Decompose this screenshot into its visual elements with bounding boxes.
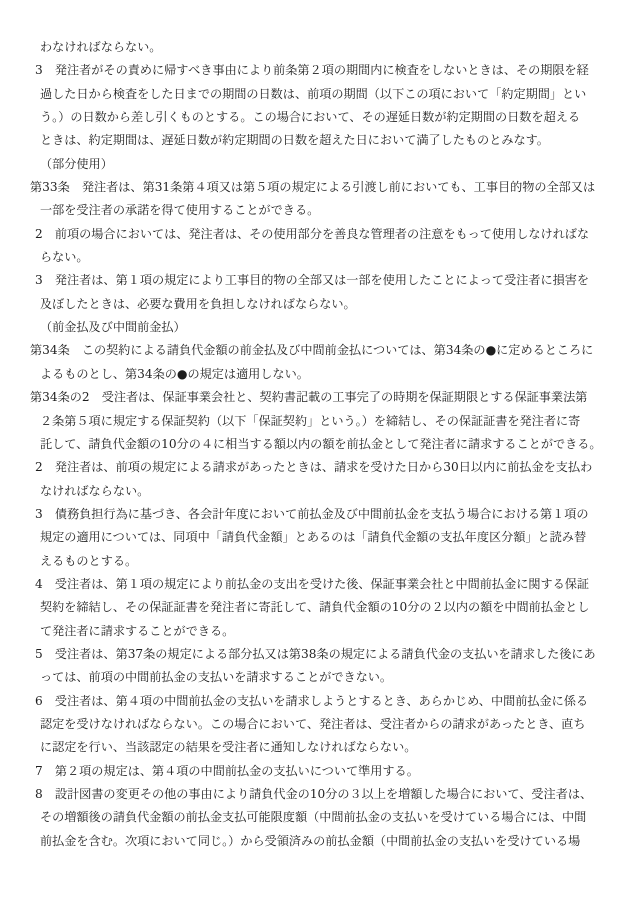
contract-document-page: わなければならない。3 発注者がその責めに帰すべき事由により前条第２項の期間内に… [0,0,630,903]
document-line: えるものとする。 [40,550,602,573]
document-line: 3 発注者がその責めに帰すべき事由により前条第２項の期間内に検査をしないときは、… [35,59,602,82]
document-line: っては、前項の中間前払金の支払いを請求することができない。 [40,666,602,689]
document-line: ２条第５項に規定する保証契約（以下「保証契約」という。）を締結し、その保証証書を… [40,410,602,433]
section-heading: （前金払及び中間前金払） [40,316,602,339]
article-line: 第34条 この契約による請負代金額の前金払及び中間前金払については、第34条の●… [30,339,602,362]
document-line: う。）の日数から差し引くものとする。この場合において、その遅延日数が約定期間の日… [40,106,602,129]
document-line: 7 第２項の規定は、第４項の中間前払金の支払いについて準用する。 [35,760,602,783]
document-line: ときは、約定期間は、遅延日数が約定期間の日数を超えた日において満了したものとみな… [40,129,602,152]
document-line: 前払金を含む。次項において同じ。）から受領済みの前払金額（中間前払金の支払いを受… [40,830,602,853]
document-line: 8 設計図書の変更その他の事由により請負代金の10分の３以上を増額した場合におい… [35,783,602,806]
document-line: 4 受注者は、第１項の規定により前払金の支出を受けた後、保証事業会社と中間前払金… [35,573,602,596]
document-line: 3 債務負担行為に基づき、各会計年度において前払金及び中間前払金を支払う場合にお… [35,503,602,526]
document-line: よるものとし、第34条の●の規定は適用しない。 [40,363,602,386]
section-heading: （部分使用） [40,153,602,176]
article-line: 第34条の2 受注者は、保証事業会社と、契約書記載の工事完了の時期を保証期限とす… [30,386,602,409]
document-line: らない。 [40,246,602,269]
document-line: 認定を受けなければならない。この場合において、発注者は、受注者からの請求があった… [40,713,602,736]
document-line: なければならない。 [40,480,602,503]
document-line: 契約を締結し、その保証証書を発注者に寄託して、請負代金額の10分の２以内の額を中… [40,596,602,619]
article-line: 第33条 発注者は、第31条第４項又は第５項の規定による引渡し前においても、工事… [30,176,602,199]
document-line: わなければならない。 [40,36,602,59]
document-line: 託して、請負代金額の10分の４に相当する額以内の額を前払金として発注者に請求する… [40,433,602,456]
document-line: に認定を行い、当該認定の結果を受注者に通知しなければならない。 [40,736,602,759]
document-line: 規定の適用については、同項中「請負代金額」とあるのは「請負代金額の支払年度区分額… [40,526,602,549]
document-line: 6 受注者は、第４項の中間前払金の支払いを請求しようとするとき、あらかじめ、中間… [35,690,602,713]
document-line: 及ぼしたときは、必要な費用を負担しなければならない。 [40,293,602,316]
document-line: 過した日から検査をした日までの期間の日数は、前項の期間（以下この項において「約定… [40,83,602,106]
document-line: て発注者に請求することができる。 [40,620,602,643]
document-text-block: わなければならない。3 発注者がその責めに帰すべき事由により前条第２項の期間内に… [30,36,602,853]
document-line: 2 前項の場合においては、発注者は、その使用部分を善良な管理者の注意をもって使用… [35,223,602,246]
document-line: その増額後の請負代金額の前払金支払可能限度額（中間前払金の支払いを受けている場合… [40,806,602,829]
document-line: 5 受注者は、第37条の規定による部分払又は第38条の規定による請負代金の支払い… [35,643,602,666]
document-line: 2 発注者は、前項の規定による請求があったときは、請求を受けた日から30日以内に… [35,456,602,479]
document-line: 一部を受注者の承諾を得て使用することができる。 [40,199,602,222]
document-line: 3 発注者は、第１項の規定により工事目的物の全部又は一部を使用したことによって受… [35,269,602,292]
